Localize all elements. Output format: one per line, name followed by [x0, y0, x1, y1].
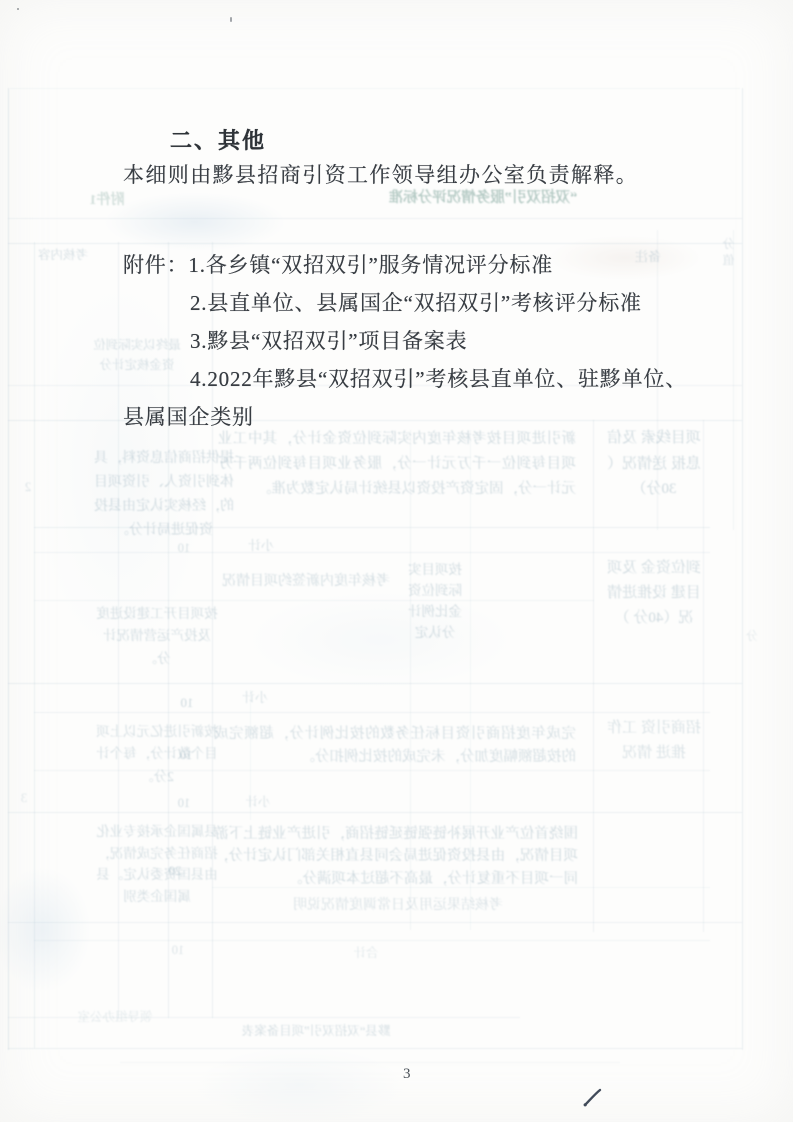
document-content: 二、其他 本细则由黟县招商引资工作领导组办公室负责解释。 附件：1.各乡镇“双招… — [0, 0, 793, 1122]
ink-mark — [582, 1087, 604, 1109]
attachment-item-4-continuation: 县属国企类别 — [123, 398, 687, 436]
attachment-label: 附件： — [123, 253, 188, 277]
attachment-item-2: 2.县直单位、县属国企“双招双引”考核评分标准 — [123, 284, 687, 322]
scanned-document-page: 附件1“双招双引”服务情况评分标准考核内容备注分值最终以实际到位资金核定计分2提… — [0, 0, 793, 1122]
page-number: 3 — [403, 1066, 411, 1083]
attachment-item-1: 1.各乡镇“双招双引”服务情况评分标准 — [188, 253, 553, 277]
attachment-list: 附件：1.各乡镇“双招双引”服务情况评分标准 2.县直单位、县属国企“双招双引”… — [123, 246, 687, 436]
attachment-line-1: 附件：1.各乡镇“双招双引”服务情况评分标准 — [123, 246, 687, 284]
attachment-item-3: 3.黟县“双招双引”项目备案表 — [123, 322, 687, 360]
section-heading: 二、其他 — [170, 126, 266, 156]
attachment-item-4: 4.2022年黟县“双招双引”考核县直单位、驻黟单位、 — [123, 360, 687, 398]
body-paragraph: 本细则由黟县招商引资工作领导组办公室负责解释。 — [123, 159, 638, 191]
